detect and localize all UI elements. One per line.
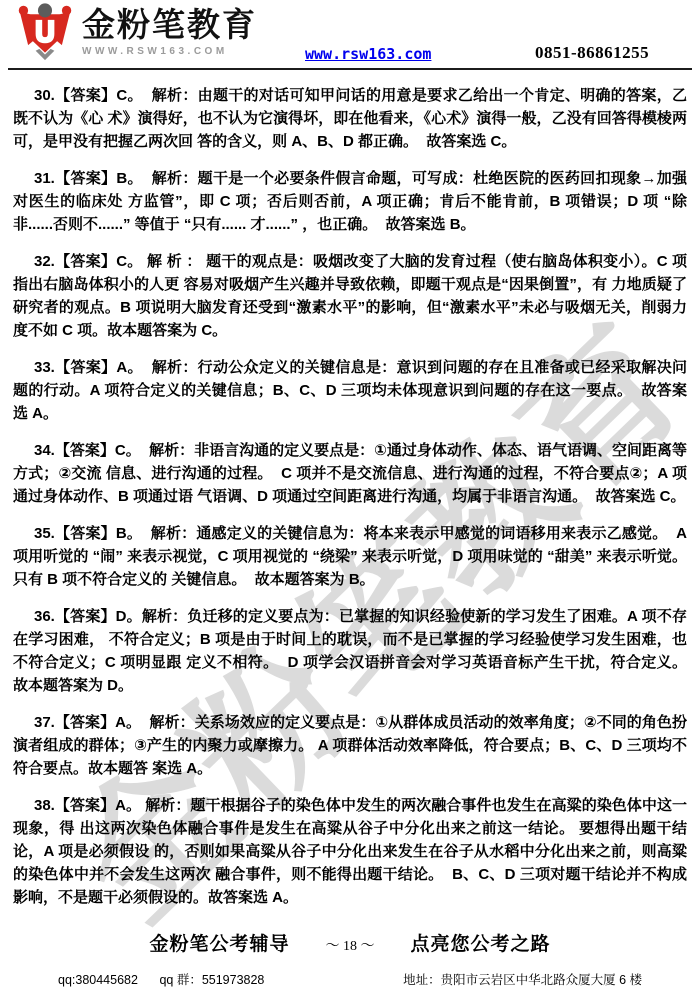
brand-name: 金粉笔教育 [82,7,257,43]
answer-paragraph-32: 32.【答案】C。 解 析 ： 题干的观点是：吸烟改变了大脑的发育过程（使右脑岛… [13,250,687,342]
site-link[interactable]: www.rsw163.com [305,45,431,63]
answer-paragraph-30: 30.【答案】C。 解析：由题干的对话可知甲问话的用意是要求乙给出一个肯定、明确… [13,84,687,153]
answer-paragraph-33: 33.【答案】A。 解析：行动公众定义的关键信息是：意识到问题的存在且准备或已经… [13,356,687,425]
qq-contact-block: qq:380445682 qq 群：551973828 [58,970,282,988]
answer-paragraph-35: 35.【答案】B。 解析：通感定义的关键信息为：将本来表示甲感觉的词语移用来表示… [13,522,687,591]
answer-paragraph-37: 37.【答案】A。 解析：关系场效应的定义要点是：①从群体成员活动的效率角度；②… [13,711,687,780]
document-page: 金粉笔教育 金粉笔教育 WWW.RSW163.COM www.rsw163.co… [0,0,700,1008]
answer-paragraph-38: 38.【答案】A。 解析：题干根据谷子的染色体中发生的两次融合事件也发生在高粱的… [13,794,687,909]
address: 地址：贵阳市云岩区中华北路众厦大厦 6 楼 [403,970,642,988]
answer-paragraph-34: 34.【答案】C。 解析：非语言沟通的定义要点是：①通过身体动作、体态、语气语调… [13,439,687,508]
footer: 金粉笔公考辅导 ～ 18 ～ 点亮您公考之路 qq:380445682 qq 群… [0,929,700,1008]
answer-explanations: 30.【答案】C。 解析：由题干的对话可知甲问话的用意是要求乙给出一个肯定、明确… [0,70,700,909]
answer-paragraph-31: 31.【答案】B。 解析：题干是一个必要条件假言命题，可写成：杜绝医院的医药回扣… [13,167,687,236]
brand-logo: 金粉笔教育 WWW.RSW163.COM [14,2,257,62]
phone-number: 0851-86861255 [535,43,649,63]
brand-text: 金粉笔教育 WWW.RSW163.COM [82,7,257,57]
footer-brand: 金粉笔公考辅导 [149,929,289,956]
qq-group: qq 群：551973828 [159,973,264,987]
qq-contact: qq:380445682 [58,973,138,987]
answer-paragraph-36: 36.【答案】D。解析：负迁移的定义要点为：已掌握的知识经验使新的学习发生了困难… [13,605,687,697]
logo-icon [14,2,76,62]
header: 金粉笔教育 WWW.RSW163.COM www.rsw163.com 0851… [8,0,692,70]
brand-url: WWW.RSW163.COM [82,46,257,57]
footer-main: 金粉笔公考辅导 ～ 18 ～ 点亮您公考之路 [0,929,700,956]
footer-slogan: 点亮您公考之路 [411,929,551,956]
footer-contact: qq:380445682 qq 群：551973828 地址：贵阳市云岩区中华北… [0,970,700,1008]
page-number: ～ 18 ～ [326,935,375,955]
